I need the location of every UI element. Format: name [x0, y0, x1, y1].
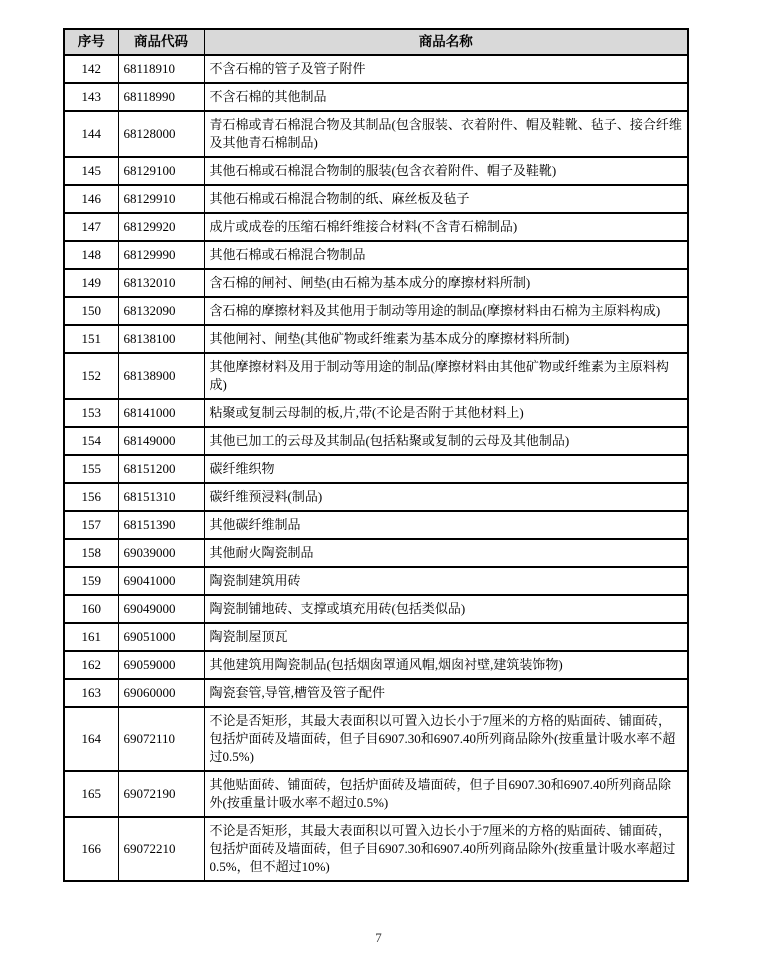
- table-row: 14868129990其他石棉或石棉混合物制品: [64, 241, 688, 269]
- table-row: 14668129910其他石棉或石棉混合物制的纸、麻丝板及毡子: [64, 185, 688, 213]
- name-cell: 含石棉的摩擦材料及其他用于制动等用途的制品(摩擦材料由石棉为主原料构成): [204, 297, 688, 325]
- name-cell: 不含石棉的其他制品: [204, 83, 688, 111]
- name-cell: 含石棉的闸衬、闸垫(由石棉为基本成分的摩擦材料所制): [204, 269, 688, 297]
- name-cell: 不论是否矩形，其最大表面积以可置入边长小于7厘米的方格的贴面砖、铺面砖，包括炉面…: [204, 817, 688, 881]
- code-cell: 68129920: [118, 213, 204, 241]
- code-cell: 69072110: [118, 707, 204, 771]
- table-row: 16269059000其他建筑用陶瓷制品(包括烟囱罩通风帽,烟囱衬壁,建筑装饰物…: [64, 651, 688, 679]
- serial-cell: 146: [64, 185, 118, 213]
- name-cell: 其他耐火陶瓷制品: [204, 539, 688, 567]
- table-body: 14268118910不含石棉的管子及管子附件14368118990不含石棉的其…: [64, 55, 688, 881]
- name-cell: 不论是否矩形，其最大表面积以可置入边长小于7厘米的方格的贴面砖、铺面砖，包括炉面…: [204, 707, 688, 771]
- table-row: 15768151390其他碳纤维制品: [64, 511, 688, 539]
- table-row: 16169051000陶瓷制屋顶瓦: [64, 623, 688, 651]
- name-cell: 青石棉或青石棉混合物及其制品(包含服装、衣着附件、帽及鞋靴、毡子、接合纤维及其他…: [204, 111, 688, 157]
- serial-cell: 163: [64, 679, 118, 707]
- table-row: 15668151310碳纤维预浸料(制品): [64, 483, 688, 511]
- table-row: 14568129100其他石棉或石棉混合物制的服装(包含衣着附件、帽子及鞋靴): [64, 157, 688, 185]
- code-cell: 69039000: [118, 539, 204, 567]
- name-cell: 粘聚或复制云母制的板,片,带(不论是否附于其他材料上): [204, 399, 688, 427]
- serial-cell: 165: [64, 771, 118, 817]
- code-cell: 68129100: [118, 157, 204, 185]
- name-cell: 陶瓷制建筑用砖: [204, 567, 688, 595]
- col-header-serial: 序号: [64, 29, 118, 55]
- name-cell: 其他石棉或石棉混合物制的纸、麻丝板及毡子: [204, 185, 688, 213]
- table-row: 15168138100其他闸衬、闸垫(其他矿物或纤维素为基本成分的摩擦材料所制): [64, 325, 688, 353]
- code-cell: 69049000: [118, 595, 204, 623]
- table-row: 15568151200碳纤维织物: [64, 455, 688, 483]
- code-cell: 68129910: [118, 185, 204, 213]
- name-cell: 其他摩擦材料及用于制动等用途的制品(摩擦材料由其他矿物或纤维素为主原料构成): [204, 353, 688, 399]
- code-cell: 68138900: [118, 353, 204, 399]
- name-cell: 陶瓷套管,导管,槽管及管子配件: [204, 679, 688, 707]
- serial-cell: 154: [64, 427, 118, 455]
- table-header-row: 序号 商品代码 商品名称: [64, 29, 688, 55]
- table-row: 15468149000其他已加工的云母及其制品(包括粘聚或复制的云母及其他制品): [64, 427, 688, 455]
- name-cell: 陶瓷制铺地砖、支撑或填充用砖(包括类似品): [204, 595, 688, 623]
- col-header-name: 商品名称: [204, 29, 688, 55]
- code-cell: 68132010: [118, 269, 204, 297]
- name-cell: 碳纤维预浸料(制品): [204, 483, 688, 511]
- serial-cell: 145: [64, 157, 118, 185]
- serial-cell: 160: [64, 595, 118, 623]
- table-row: 14468128000青石棉或青石棉混合物及其制品(包含服装、衣着附件、帽及鞋靴…: [64, 111, 688, 157]
- serial-cell: 149: [64, 269, 118, 297]
- name-cell: 其他石棉或石棉混合物制品: [204, 241, 688, 269]
- code-cell: 68132090: [118, 297, 204, 325]
- code-cell: 69059000: [118, 651, 204, 679]
- name-cell: 其他石棉或石棉混合物制的服装(包含衣着附件、帽子及鞋靴): [204, 157, 688, 185]
- serial-cell: 152: [64, 353, 118, 399]
- table-row: 14368118990不含石棉的其他制品: [64, 83, 688, 111]
- serial-cell: 148: [64, 241, 118, 269]
- name-cell: 其他建筑用陶瓷制品(包括烟囱罩通风帽,烟囱衬壁,建筑装饰物): [204, 651, 688, 679]
- code-cell: 68151390: [118, 511, 204, 539]
- table-row: 15268138900其他摩擦材料及用于制动等用途的制品(摩擦材料由其他矿物或纤…: [64, 353, 688, 399]
- col-header-code: 商品代码: [118, 29, 204, 55]
- table-row: 16469072110不论是否矩形，其最大表面积以可置入边长小于7厘米的方格的贴…: [64, 707, 688, 771]
- serial-cell: 156: [64, 483, 118, 511]
- table-row: 16069049000陶瓷制铺地砖、支撑或填充用砖(包括类似品): [64, 595, 688, 623]
- commodity-table: 序号 商品代码 商品名称 14268118910不含石棉的管子及管子附件1436…: [63, 28, 689, 882]
- table-row: 14968132010含石棉的闸衬、闸垫(由石棉为基本成分的摩擦材料所制): [64, 269, 688, 297]
- name-cell: 其他贴面砖、铺面砖，包括炉面砖及墙面砖，但子目6907.30和6907.40所列…: [204, 771, 688, 817]
- serial-cell: 153: [64, 399, 118, 427]
- code-cell: 69060000: [118, 679, 204, 707]
- table-row: 15969041000陶瓷制建筑用砖: [64, 567, 688, 595]
- code-cell: 68128000: [118, 111, 204, 157]
- code-cell: 69041000: [118, 567, 204, 595]
- serial-cell: 164: [64, 707, 118, 771]
- serial-cell: 158: [64, 539, 118, 567]
- name-cell: 成片或成卷的压缩石棉纤维接合材料(不含青石棉制品): [204, 213, 688, 241]
- serial-cell: 162: [64, 651, 118, 679]
- serial-cell: 142: [64, 55, 118, 83]
- name-cell: 其他已加工的云母及其制品(包括粘聚或复制的云母及其他制品): [204, 427, 688, 455]
- code-cell: 69051000: [118, 623, 204, 651]
- code-cell: 68138100: [118, 325, 204, 353]
- code-cell: 68118990: [118, 83, 204, 111]
- name-cell: 碳纤维织物: [204, 455, 688, 483]
- code-cell: 68141000: [118, 399, 204, 427]
- name-cell: 陶瓷制屋顶瓦: [204, 623, 688, 651]
- table-row: 15068132090含石棉的摩擦材料及其他用于制动等用途的制品(摩擦材料由石棉…: [64, 297, 688, 325]
- code-cell: 68129990: [118, 241, 204, 269]
- serial-cell: 143: [64, 83, 118, 111]
- document-page: 序号 商品代码 商品名称 14268118910不含石棉的管子及管子附件1436…: [0, 0, 757, 971]
- table-row: 15869039000其他耐火陶瓷制品: [64, 539, 688, 567]
- code-cell: 68151200: [118, 455, 204, 483]
- serial-cell: 166: [64, 817, 118, 881]
- name-cell: 其他碳纤维制品: [204, 511, 688, 539]
- serial-cell: 161: [64, 623, 118, 651]
- serial-cell: 147: [64, 213, 118, 241]
- code-cell: 69072190: [118, 771, 204, 817]
- table-row: 14268118910不含石棉的管子及管子附件: [64, 55, 688, 83]
- page-number: 7: [0, 930, 757, 946]
- code-cell: 69072210: [118, 817, 204, 881]
- code-cell: 68149000: [118, 427, 204, 455]
- table-row: 14768129920成片或成卷的压缩石棉纤维接合材料(不含青石棉制品): [64, 213, 688, 241]
- serial-cell: 159: [64, 567, 118, 595]
- serial-cell: 150: [64, 297, 118, 325]
- table-row: 16569072190其他贴面砖、铺面砖，包括炉面砖及墙面砖，但子目6907.3…: [64, 771, 688, 817]
- serial-cell: 144: [64, 111, 118, 157]
- table-row: 15368141000粘聚或复制云母制的板,片,带(不论是否附于其他材料上): [64, 399, 688, 427]
- name-cell: 不含石棉的管子及管子附件: [204, 55, 688, 83]
- code-cell: 68151310: [118, 483, 204, 511]
- table-row: 16369060000陶瓷套管,导管,槽管及管子配件: [64, 679, 688, 707]
- code-cell: 68118910: [118, 55, 204, 83]
- name-cell: 其他闸衬、闸垫(其他矿物或纤维素为基本成分的摩擦材料所制): [204, 325, 688, 353]
- serial-cell: 155: [64, 455, 118, 483]
- serial-cell: 157: [64, 511, 118, 539]
- serial-cell: 151: [64, 325, 118, 353]
- table-row: 16669072210不论是否矩形，其最大表面积以可置入边长小于7厘米的方格的贴…: [64, 817, 688, 881]
